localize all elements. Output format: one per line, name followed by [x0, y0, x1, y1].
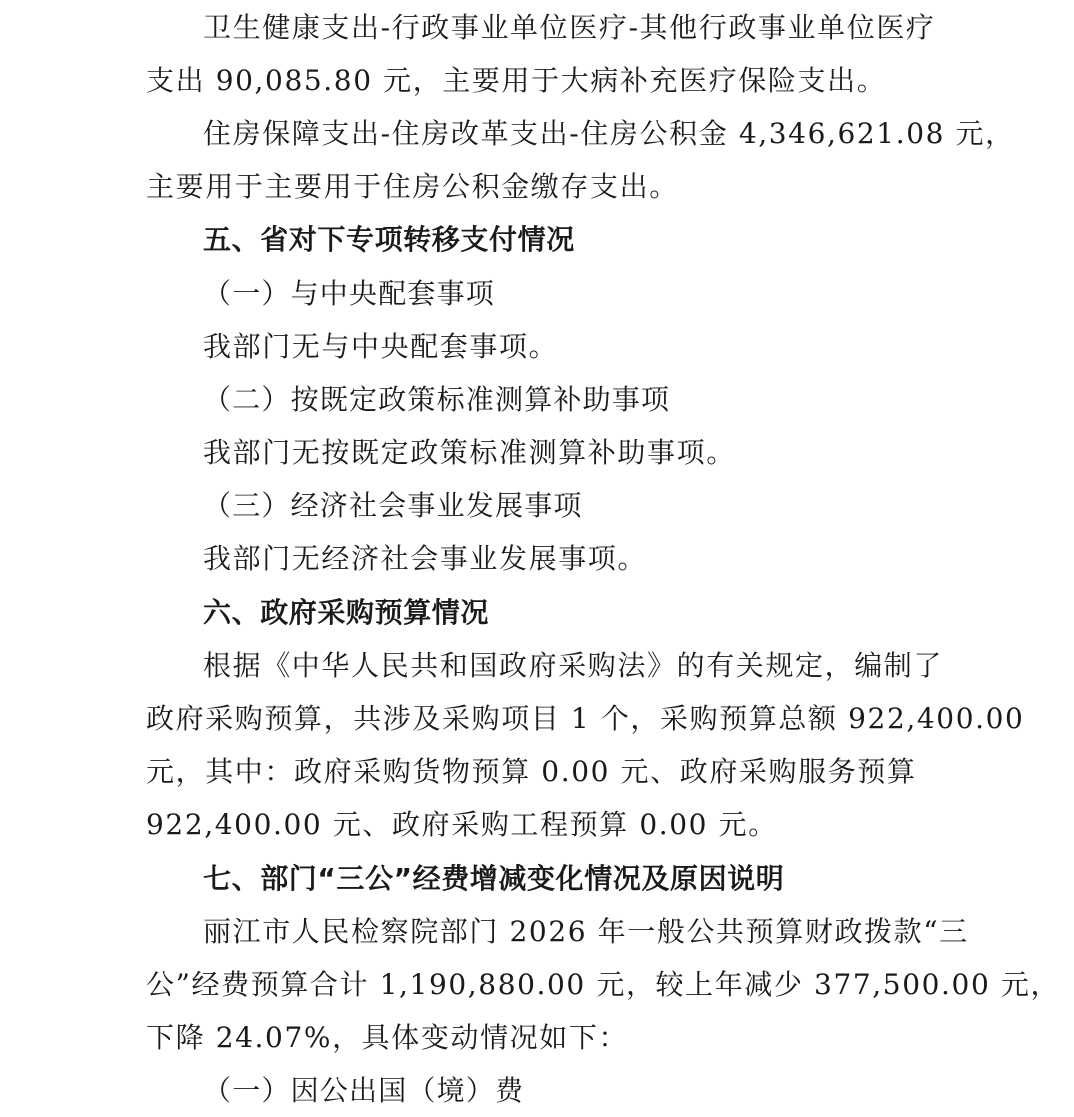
paragraph-three-public-cont-2: 下降 24.07%，具体变动情况如下：: [146, 1020, 628, 1056]
paragraph-procurement-cont-3: 922,400.00 元、政府采购工程预算 0.00 元。: [146, 807, 778, 843]
paragraph-5-3: 我部门无经济社会事业发展事项。: [203, 541, 647, 577]
subsection-heading-7-1: （一）因公出国（境）费: [203, 1073, 524, 1109]
paragraph-housing-expense: 住房保障支出-住房改革支出-住房公积金 4,346,621.08 元，: [203, 116, 1015, 152]
section-heading-5: 五、省对下专项转移支付情况: [203, 222, 575, 258]
paragraph-health-expense-cont: 支出 90,085.80 元，主要用于大病补充医疗保险支出。: [146, 63, 886, 99]
paragraph-procurement-cont-2: 元，其中：政府采购货物预算 0.00 元、政府采购服务预算: [146, 754, 917, 790]
paragraph-procurement-cont-1: 政府采购预算，共涉及采购项目 1 个，采购预算总额 922,400.00: [146, 701, 1024, 737]
paragraph-health-expense: 卫生健康支出-行政事业单位医疗-其他行政事业单位医疗: [203, 10, 936, 46]
section-heading-7: 七、部门“三公”经费增减变化情况及原因说明: [203, 861, 784, 897]
section-heading-6: 六、政府采购预算情况: [203, 595, 489, 631]
subsection-heading-5-3: （三）经济社会事业发展事项: [203, 488, 583, 524]
paragraph-housing-expense-cont: 主要用于主要用于住房公积金缴存支出。: [146, 169, 679, 205]
subsection-heading-5-2: （二）按既定政策标准测算补助事项: [203, 382, 670, 418]
paragraph-three-public-cont-1: 公”经费预算合计 1,190,880.00 元，较上年减少 377,500.00…: [146, 967, 1060, 1003]
paragraph-5-1: 我部门无与中央配套事项。: [203, 329, 558, 365]
paragraph-procurement: 根据《中华人民共和国政府采购法》的有关规定，编制了: [203, 648, 943, 684]
paragraph-5-2: 我部门无按既定政策标准测算补助事项。: [203, 435, 736, 471]
document-page: 卫生健康支出-行政事业单位医疗-其他行政事业单位医疗 支出 90,085.80 …: [0, 0, 1074, 1117]
subsection-heading-5-1: （一）与中央配套事项: [203, 276, 495, 312]
paragraph-three-public: 丽江市人民检察院部门 2026 年一般公共预算财政拨款“三: [203, 914, 969, 950]
